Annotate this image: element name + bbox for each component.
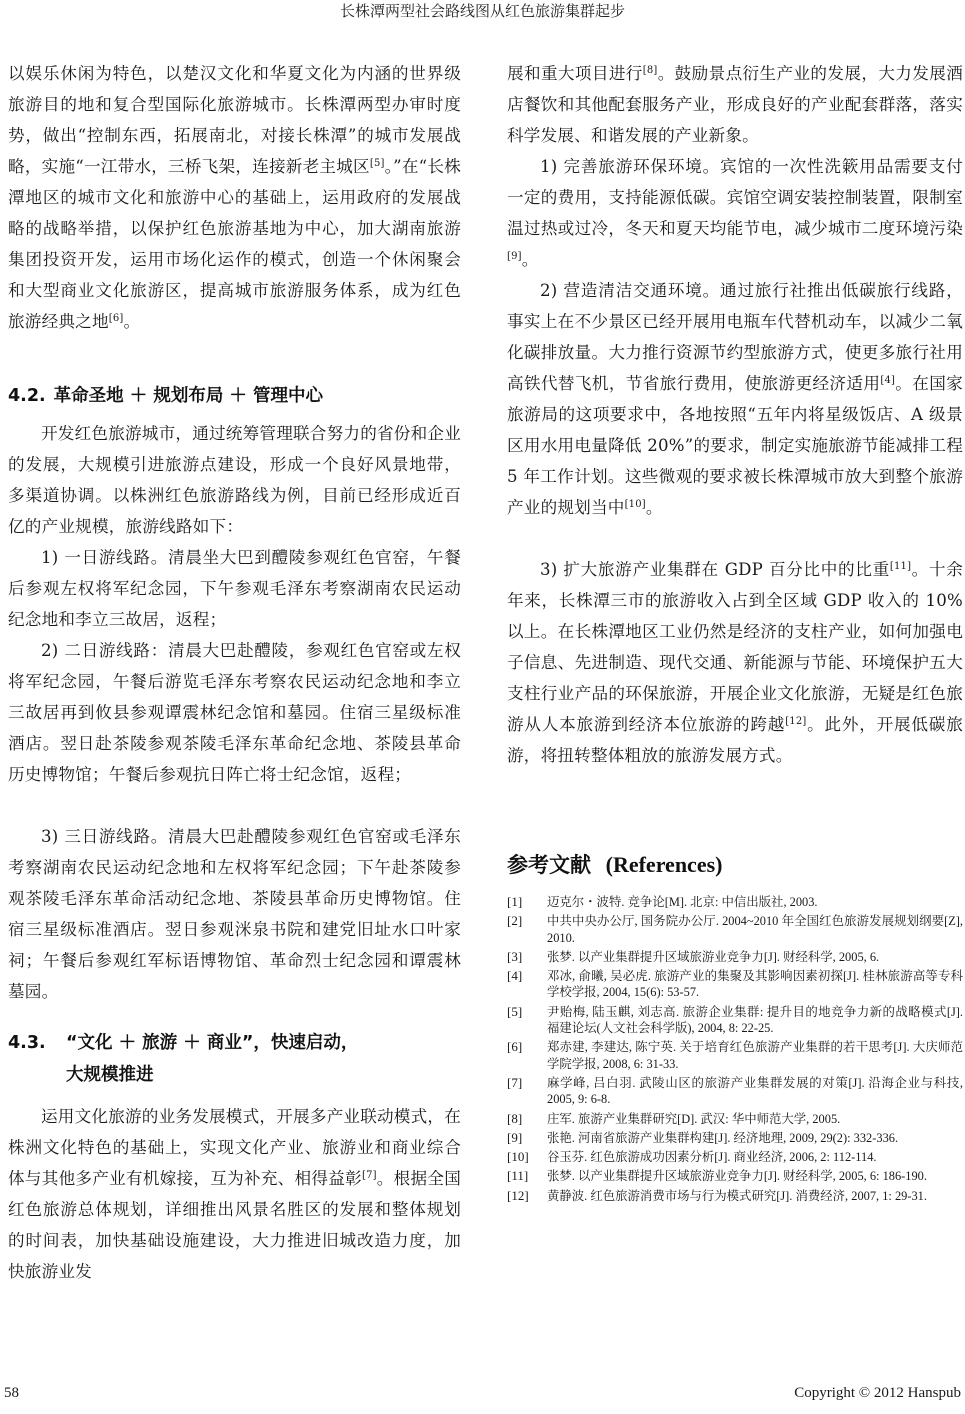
section-title-line1: “文化 ＋ 旅游 ＋ 商业”，快速启动， xyxy=(66,1033,358,1053)
reference-text: 郑赤建, 李建达, 陈宁英. 关于培育红色旅游产业集群的若干思考[J]. 大庆师… xyxy=(547,1039,963,1072)
citation-ref[interactable]: [12] xyxy=(785,716,806,727)
citation-ref[interactable]: [8] xyxy=(643,65,658,76)
right-column: 展和重大项目进行[8]。鼓励景点衍生产业的发展，大力发展酒店餐饮和其他配套服务产… xyxy=(507,58,963,1207)
text: 。 xyxy=(522,250,539,269)
running-header-title: 长株潭两型社会路线图从红色旅游集群起步 xyxy=(0,0,965,22)
reference-text: 谷玉芬. 红色旅游成功因素分析[J]. 商业经济, 2006, 2: 112-1… xyxy=(547,1149,963,1165)
paragraph-continuation: 以娱乐休闲为特色，以楚汉文化和华夏文化为内涵的世界级旅游目的地和复合型国际化旅游… xyxy=(8,58,461,368)
references-title-en: (References) xyxy=(606,852,723,877)
reference-number: [4] xyxy=(507,968,547,1001)
measure-2: 2) 营造清洁交通环境。通过旅行社推出低碳旅行线路，事实上在不少景区已经开展用电… xyxy=(507,275,963,554)
copyright-notice: Copyright © 2012 Hanspub xyxy=(794,1385,961,1402)
section-title: 革命圣地 ＋ 规划布局 ＋ 管理中心 xyxy=(54,386,323,406)
text: 。在国家旅游局的这项要求中，各地按照“五年内将星级饭店、A 级景区用水用电量降低… xyxy=(507,374,963,517)
section-title-line2: 大规模推进 xyxy=(66,1065,154,1085)
reference-text: 张艳. 河南省旅游产业集群构建[J]. 经济地理, 2009, 29(2): 3… xyxy=(547,1130,963,1146)
reference-number: [7] xyxy=(507,1075,547,1108)
reference-item: [8]庄军. 旅游产业集群研究[D]. 武汉: 华中师范大学, 2005. xyxy=(507,1111,963,1127)
citation-ref[interactable]: [9] xyxy=(507,251,522,262)
text: 。 xyxy=(646,498,663,517)
reference-item: [10]谷玉芬. 红色旅游成功因素分析[J]. 商业经济, 2006, 2: 1… xyxy=(507,1149,963,1165)
measure-3: 3) 扩大旅游产业集群在 GDP 百分比中的比重[11]。十余年来，长株潭三市的… xyxy=(507,554,963,802)
reference-text: 邓冰, 俞曦, 吴必虎. 旅游产业的集聚及其影响因素初探[J]. 桂林旅游高等专… xyxy=(547,968,963,1001)
reference-list: [1]迈克尔・波特. 竞争论[M]. 北京: 中信出版社, 2003. [2]中… xyxy=(507,894,963,1204)
reference-number: [6] xyxy=(507,1039,547,1072)
references-heading: 参考文献 (References) xyxy=(507,850,963,880)
reference-number: [11] xyxy=(507,1168,547,1184)
reference-item: [3]张梦. 以产业集群提升区域旅游业竞争力[J]. 财经科学, 2005, 6… xyxy=(507,949,963,965)
reference-number: [10] xyxy=(507,1149,547,1165)
reference-item: [12]黄静波. 红色旅游消费市场与行为模式研究[J]. 消费经济, 2007,… xyxy=(507,1188,963,1204)
citation-ref[interactable]: [11] xyxy=(890,561,911,572)
paragraph-intro: 开发红色旅游城市，通过统筹管理联合努力的省份和企业的发展，大规模引进旅游点建设，… xyxy=(8,418,461,542)
reference-number: [12] xyxy=(507,1188,547,1204)
section-number: 4.3. xyxy=(8,1027,66,1091)
citation-ref[interactable]: [5] xyxy=(370,158,385,169)
reference-text: 庄军. 旅游产业集群研究[D]. 武汉: 华中师范大学, 2005. xyxy=(547,1111,963,1127)
reference-item: [4]邓冰, 俞曦, 吴必虎. 旅游产业的集聚及其影响因素初探[J]. 桂林旅游… xyxy=(507,968,963,1001)
reference-item: [1]迈克尔・波特. 竞争论[M]. 北京: 中信出版社, 2003. xyxy=(507,894,963,910)
list-item-day1: 1) 一日游线路。清晨坐大巴到醴陵参观红色官窑，午餐后参观左权将军纪念园，下午参… xyxy=(8,542,461,635)
section-number: 4.2. xyxy=(8,380,46,412)
reference-number: [2] xyxy=(507,913,547,946)
reference-item: [5]尹贻梅, 陆玉麒, 刘志高. 旅游企业集群: 提升目的地竞争力新的战略模式… xyxy=(507,1004,963,1037)
reference-item: [2]中共中央办公厅, 国务院办公厅. 2004~2010 年全国红色旅游发展规… xyxy=(507,913,963,946)
measure-1: 1) 完善旅游环保环境。宾馆的一次性洗簌用品需要支付一定的费用，支持能源低碳。宾… xyxy=(507,151,963,275)
text: 。十余年来，长株潭三市的旅游收入占到全区域 GDP 收入的 10%以上。在长株潭… xyxy=(507,560,963,734)
reference-text: 麻学峰, 吕白羽. 武陵山区的旅游产业集群发展的对策[J]. 沿海企业与科技, … xyxy=(547,1075,963,1108)
reference-item: [7]麻学峰, 吕白羽. 武陵山区的旅游产业集群发展的对策[J]. 沿海企业与科… xyxy=(507,1075,963,1108)
reference-number: [5] xyxy=(507,1004,547,1037)
list-item-day2: 2) 二日游线路：清晨大巴赴醴陵，参观红色官窑或左权将军纪念园，午餐后游览毛泽东… xyxy=(8,635,461,821)
reference-number: [1] xyxy=(507,894,547,910)
reference-number: [9] xyxy=(507,1130,547,1146)
citation-ref[interactable]: [6] xyxy=(109,313,124,324)
citation-ref[interactable]: [4] xyxy=(880,375,895,386)
reference-text: 张梦. 以产业集群提升区域旅游业竞争力[J]. 财经科学, 2005, 6. xyxy=(547,949,963,965)
text: 展和重大项目进行 xyxy=(507,64,643,83)
text: 。”在“长株潭地区的城市文化和旅游中心的基础上，运用政府的发展战略的战略举措，以… xyxy=(8,157,461,331)
reference-text: 黄静波. 红色旅游消费市场与行为模式研究[J]. 消费经济, 2007, 1: … xyxy=(547,1188,963,1204)
references-title-cn: 参考文献 xyxy=(507,853,591,877)
reference-text: 中共中央办公厅, 国务院办公厅. 2004~2010 年全国红色旅游发展规划纲要… xyxy=(547,913,963,946)
page-number: 58 xyxy=(4,1385,19,1402)
paragraph-continuation: 展和重大项目进行[8]。鼓励景点衍生产业的发展，大力发展酒店餐饮和其他配套服务产… xyxy=(507,58,963,151)
paragraph-business-model: 运用文化旅游的业务发展模式，开展多产业联动模式，在株洲文化特色的基础上，实现文化… xyxy=(8,1101,461,1287)
text: 。 xyxy=(124,312,141,331)
left-column: 以娱乐休闲为特色，以楚汉文化和华夏文化为内涵的世界级旅游目的地和复合型国际化旅游… xyxy=(8,58,461,1287)
text: 3) 扩大旅游产业集群在 GDP 百分比中的比重 xyxy=(540,560,890,579)
section-heading-4-2: 4.2.革命圣地 ＋ 规划布局 ＋ 管理中心 xyxy=(8,380,461,412)
citation-ref[interactable]: [10] xyxy=(625,499,646,510)
citation-ref[interactable]: [7] xyxy=(362,1170,377,1181)
reference-text: 迈克尔・波特. 竞争论[M]. 北京: 中信出版社, 2003. xyxy=(547,894,963,910)
reference-item: [11]张梦. 以产业集群提升区域旅游业竞争力[J]. 财经科学, 2005, … xyxy=(507,1168,963,1184)
reference-item: [9]张艳. 河南省旅游产业集群构建[J]. 经济地理, 2009, 29(2)… xyxy=(507,1130,963,1146)
reference-text: 尹贻梅, 陆玉麒, 刘志高. 旅游企业集群: 提升目的地竞争力新的战略模式[J]… xyxy=(547,1004,963,1037)
reference-item: [6]郑赤建, 李建达, 陈宁英. 关于培育红色旅游产业集群的若干思考[J]. … xyxy=(507,1039,963,1072)
section-heading-4-3: 4.3. “文化 ＋ 旅游 ＋ 商业”，快速启动， 大规模推进 xyxy=(8,1027,461,1091)
list-item-day3: 3) 三日游线路。清晨大巴赴醴陵参观红色官窑或毛泽东考察湖南农民运动纪念地和左权… xyxy=(8,821,461,1007)
reference-text: 张梦. 以产业集群提升区域旅游业竞争力[J]. 财经科学, 2005, 6: 1… xyxy=(547,1168,963,1184)
section-title: “文化 ＋ 旅游 ＋ 商业”，快速启动， 大规模推进 xyxy=(66,1027,358,1091)
text: 1) 完善旅游环保环境。宾馆的一次性洗簌用品需要支付一定的费用，支持能源低碳。宾… xyxy=(507,157,963,238)
reference-number: [3] xyxy=(507,949,547,965)
reference-number: [8] xyxy=(507,1111,547,1127)
